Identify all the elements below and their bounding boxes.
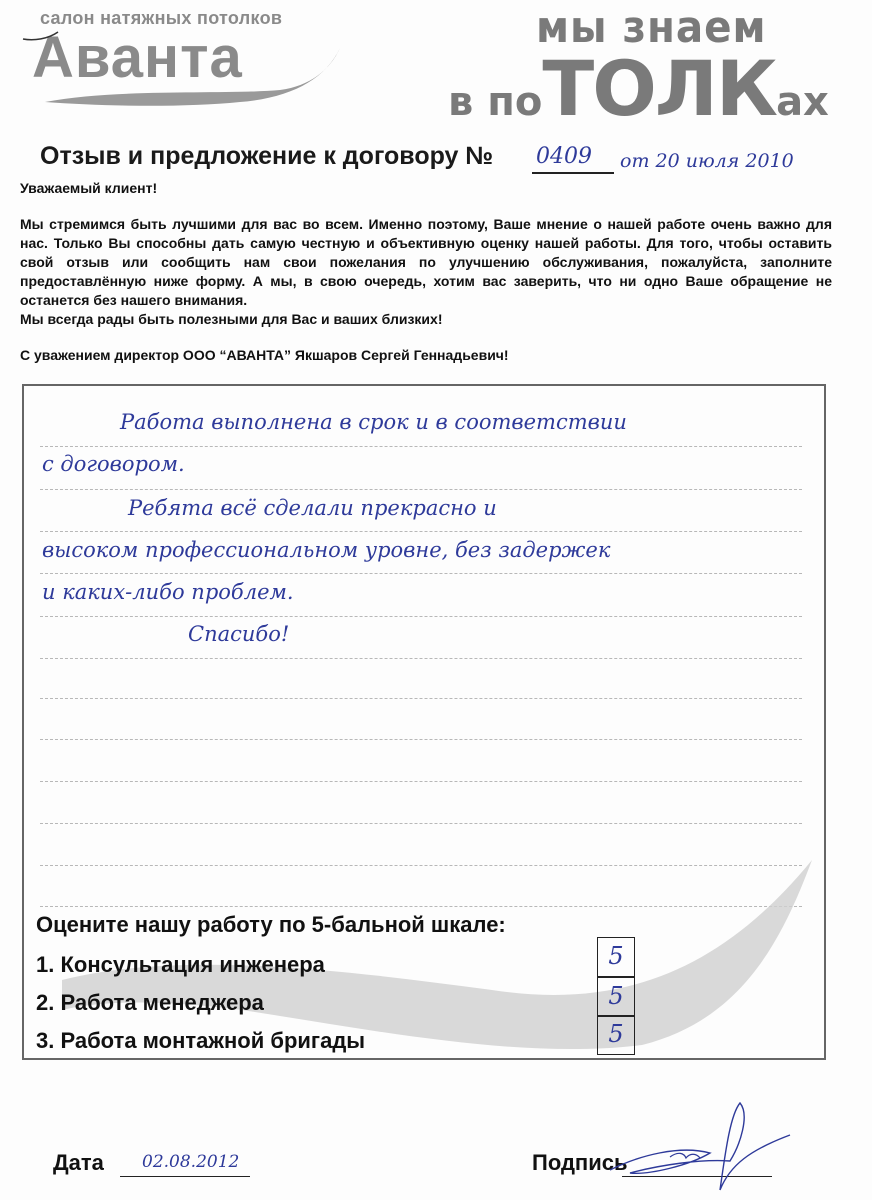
contract-number-field[interactable]: 0409: [532, 144, 614, 174]
ruled-line: [40, 446, 802, 447]
contract-date-value: от 20 июля 2010: [620, 150, 794, 172]
feedback-line: высоком профессиональном уровне, без зад…: [42, 538, 610, 562]
rating-title: Оцените нашу работу по 5-бальной шкале:: [36, 912, 506, 938]
rating-score-box[interactable]: 5: [597, 1015, 635, 1055]
ruled-line: [40, 531, 802, 532]
greeting: Уважаемый клиент!: [20, 180, 157, 196]
rating-score-box[interactable]: 5: [597, 977, 635, 1017]
feedback-line: Работа выполнена в срок и в соответствии: [120, 410, 627, 434]
handwritten-signature: [600, 1095, 800, 1195]
ruled-line: [40, 573, 802, 574]
contract-number-value: 0409: [536, 144, 592, 169]
intro-paragraph: Мы стремимся быть лучшими для вас во все…: [20, 215, 832, 310]
date-field[interactable]: 02.08.2012: [120, 1150, 250, 1177]
intro-text: Мы стремимся быть лучшими для вас во все…: [20, 215, 832, 329]
slogan-emphasis: ТОЛК: [542, 44, 776, 133]
date-value: 02.08.2012: [142, 1152, 239, 1172]
ruled-line: [40, 823, 802, 824]
ruled-line: [40, 698, 802, 699]
rating-score-value: 5: [608, 982, 623, 1010]
feedback-line: Ребята всё сделали прекрасно и: [128, 496, 497, 520]
rating-item-label: 1. Консультация инженера: [36, 952, 325, 978]
director-signoff: С уважением директор ООО “АВАНТА” Якшаро…: [20, 347, 509, 363]
date-label: Дата: [53, 1150, 104, 1176]
rating-item-label: 3. Работа монтажной бригады: [36, 1028, 365, 1054]
slogan-line2: в поТОЛКах: [448, 44, 829, 133]
logo-brand: Аванта: [32, 24, 243, 91]
rating-score-value: 5: [608, 1020, 623, 1048]
ruled-line: [40, 658, 802, 659]
form-title: Отзыв и предложение к договору №: [40, 142, 493, 171]
feedback-line: с договором.: [42, 452, 185, 476]
feedback-line: и каких-либо проблем.: [42, 580, 294, 604]
ruled-line: [40, 739, 802, 740]
slogan-prefix: в по: [448, 79, 542, 125]
slogan-suffix: ах: [776, 79, 829, 125]
ruled-line: [40, 616, 802, 617]
rating-score-box[interactable]: 5: [597, 937, 635, 977]
intro-line2: Мы всегда рады быть полезными для Вас и …: [20, 310, 832, 329]
ruled-line: [40, 489, 802, 490]
feedback-line: Спасибо!: [188, 622, 289, 646]
ruled-line: [40, 781, 802, 782]
rating-score-value: 5: [608, 942, 623, 970]
pen-mark-icon: [22, 30, 60, 42]
rating-item-label: 2. Работа менеджера: [36, 990, 264, 1016]
